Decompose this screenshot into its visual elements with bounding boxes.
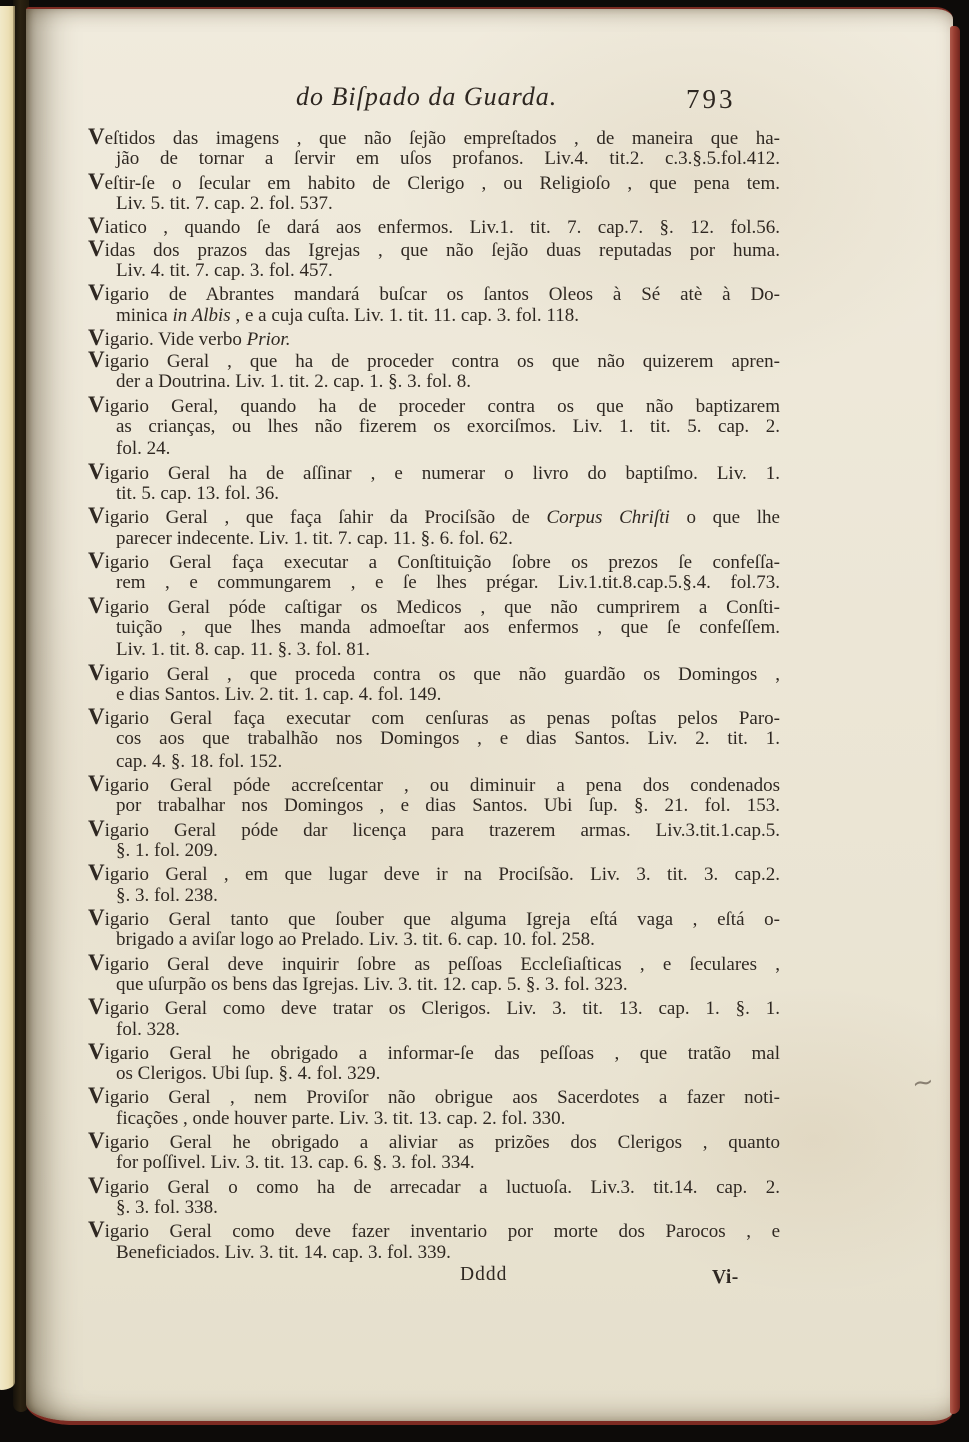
index-line-continuation: ficações , onde houver parte. Liv. 3. ti… xyxy=(88,1108,780,1130)
running-header: do Biſpado da Guarda. xyxy=(296,82,557,112)
index-entry-line: Vigario Geral tanto que ſouber que algum… xyxy=(88,907,780,929)
index-entry-line: Vigario Geral, quando ha de proceder con… xyxy=(88,394,780,416)
index-line-continuation: por trabalhar nos Domingos , e dias Sant… xyxy=(88,795,780,817)
index-line-continuation: Beneficiados. Liv. 3. tit. 14. cap. 3. f… xyxy=(88,1242,780,1264)
index-entry-line: Vigario Geral como deve fazer inventario… xyxy=(88,1219,780,1241)
index-line-continuation: e dias Santos. Liv. 2. tit. 1. cap. 4. f… xyxy=(88,684,780,706)
index-entry-line: Vigario Geral faça executar a Conſtituiç… xyxy=(88,550,780,572)
index-line-continuation: rem , e commungarem , e ſe lhes prégar. … xyxy=(88,572,780,594)
index-line-continuation: §. 3. fol. 238. xyxy=(88,885,780,907)
signature-mark: Dddd xyxy=(460,1264,507,1286)
index-line-continuation: tit. 5. cap. 13. fol. 36. xyxy=(88,483,780,505)
index-line-continuation: tuição , que lhes manda admoeſtar aos en… xyxy=(88,617,780,639)
index-entry-line: Vigario. Vide verbo Prior. xyxy=(88,327,780,349)
index-entry-line: Vigario Geral he obrigado a informar-ſe … xyxy=(88,1041,780,1063)
index-entry-line: Vigario Geral ha de aſſinar , e numerar … xyxy=(88,461,780,483)
index-entry-line: Vigario Geral faça executar com cenſuras… xyxy=(88,706,780,728)
index-line-continuation: brigado a aviſar logo ao Prelado. Liv. 3… xyxy=(88,929,780,951)
index-entry-line: Vigario Geral como deve tratar os Clerig… xyxy=(88,996,780,1018)
index-entry-line: Vigario Geral póde accreſcentar , ou dim… xyxy=(88,773,780,795)
catchword: Vi- xyxy=(712,1267,739,1289)
index-line-continuation: §. 1. fol. 209. xyxy=(88,840,780,862)
index-entry-line: Vigario Geral o como ha de arrecadar a l… xyxy=(88,1175,780,1197)
margin-pen-mark: ∼ xyxy=(910,1067,936,1100)
index-entry-line: Vigario Geral , que proceda contra os qu… xyxy=(88,662,780,684)
index-line-continuation: cap. 4. §. 18. fol. 152. xyxy=(88,751,780,773)
index-line-continuation: Liv. 5. tit. 7. cap. 2. fol. 537. xyxy=(88,193,780,215)
index-line-continuation: Liv. 1. tit. 8. cap. 11. §. 3. fol. 81. xyxy=(88,639,780,661)
red-fore-edge xyxy=(950,26,960,1414)
index-entry-line: Vigario de Abrantes mandará buſcar os ſa… xyxy=(88,282,780,304)
index-line-continuation: fol. 24. xyxy=(88,438,780,460)
index-line-continuation: Liv. 4. tit. 7. cap. 3. fol. 457. xyxy=(88,260,780,282)
index-entry-line: Vigario Geral he obrigado a aliviar as p… xyxy=(88,1130,780,1152)
index-entry-line: Vigario Geral póde caſtigar os Medicos ,… xyxy=(88,595,780,617)
index-entry-line: Veſtidos das imagens , que não ſejão emp… xyxy=(88,126,780,148)
index-line-continuation: cos aos que trabalhão nos Domingos , e d… xyxy=(88,728,780,750)
index-entry-line: Viatico , quando ſe dará aos enfermos. L… xyxy=(88,215,780,237)
index-entry-line: Vigario Geral deve inquirir ſobre as peſ… xyxy=(88,952,780,974)
index-line-continuation: der a Doutrina. Liv. 1. tit. 2. cap. 1. … xyxy=(88,371,780,393)
index-line-continuation: jão de tornar a ſervir em uſos profanos.… xyxy=(88,148,780,170)
index-line-continuation: os Clerigos. Ubi ſup. §. 4. fol. 329. xyxy=(88,1063,780,1085)
page-footer: Dddd Vi- xyxy=(88,1264,780,1288)
index-entry-line: Vigario Geral , que ha de proceder contr… xyxy=(88,349,780,371)
book-scan: do Biſpado da Guarda. 793 Veſtidos das i… xyxy=(0,0,969,1442)
index-entry-line: Vigario Geral , em que lugar deve ir na … xyxy=(88,862,780,884)
page-number: 793 xyxy=(686,84,736,115)
index-entry-line: Vigario Geral , que faça ſahir da Prociſ… xyxy=(88,505,780,527)
index-line-continuation: for poſſivel. Liv. 3. tit. 13. cap. 6. §… xyxy=(88,1152,780,1174)
index-line-continuation: as crianças, ou lhes não fizerem os exor… xyxy=(88,416,780,438)
index-line-continuation: §. 3. fol. 338. xyxy=(88,1197,780,1219)
index-entry-line: Vigario Geral póde dar licença para traz… xyxy=(88,818,780,840)
index-entry-line: Veſtir-ſe o ſecular em habito de Clerigo… xyxy=(88,171,780,193)
index-body: Veſtidos das imagens , que não ſejão emp… xyxy=(88,126,780,1264)
index-entry-line: Vigario Geral , nem Proviſor não obrigue… xyxy=(88,1085,780,1107)
index-line-continuation: minica in Albis , e a cuja cuſta. Liv. 1… xyxy=(88,305,780,327)
index-line-continuation: parecer indecente. Liv. 1. tit. 7. cap. … xyxy=(88,528,780,550)
index-line-continuation: que uſurpão os bens das Igrejas. Liv. 3.… xyxy=(88,974,780,996)
index-entry-line: Vidas dos prazos das Igrejas , que não ſ… xyxy=(88,238,780,260)
index-line-continuation: fol. 328. xyxy=(88,1019,780,1041)
